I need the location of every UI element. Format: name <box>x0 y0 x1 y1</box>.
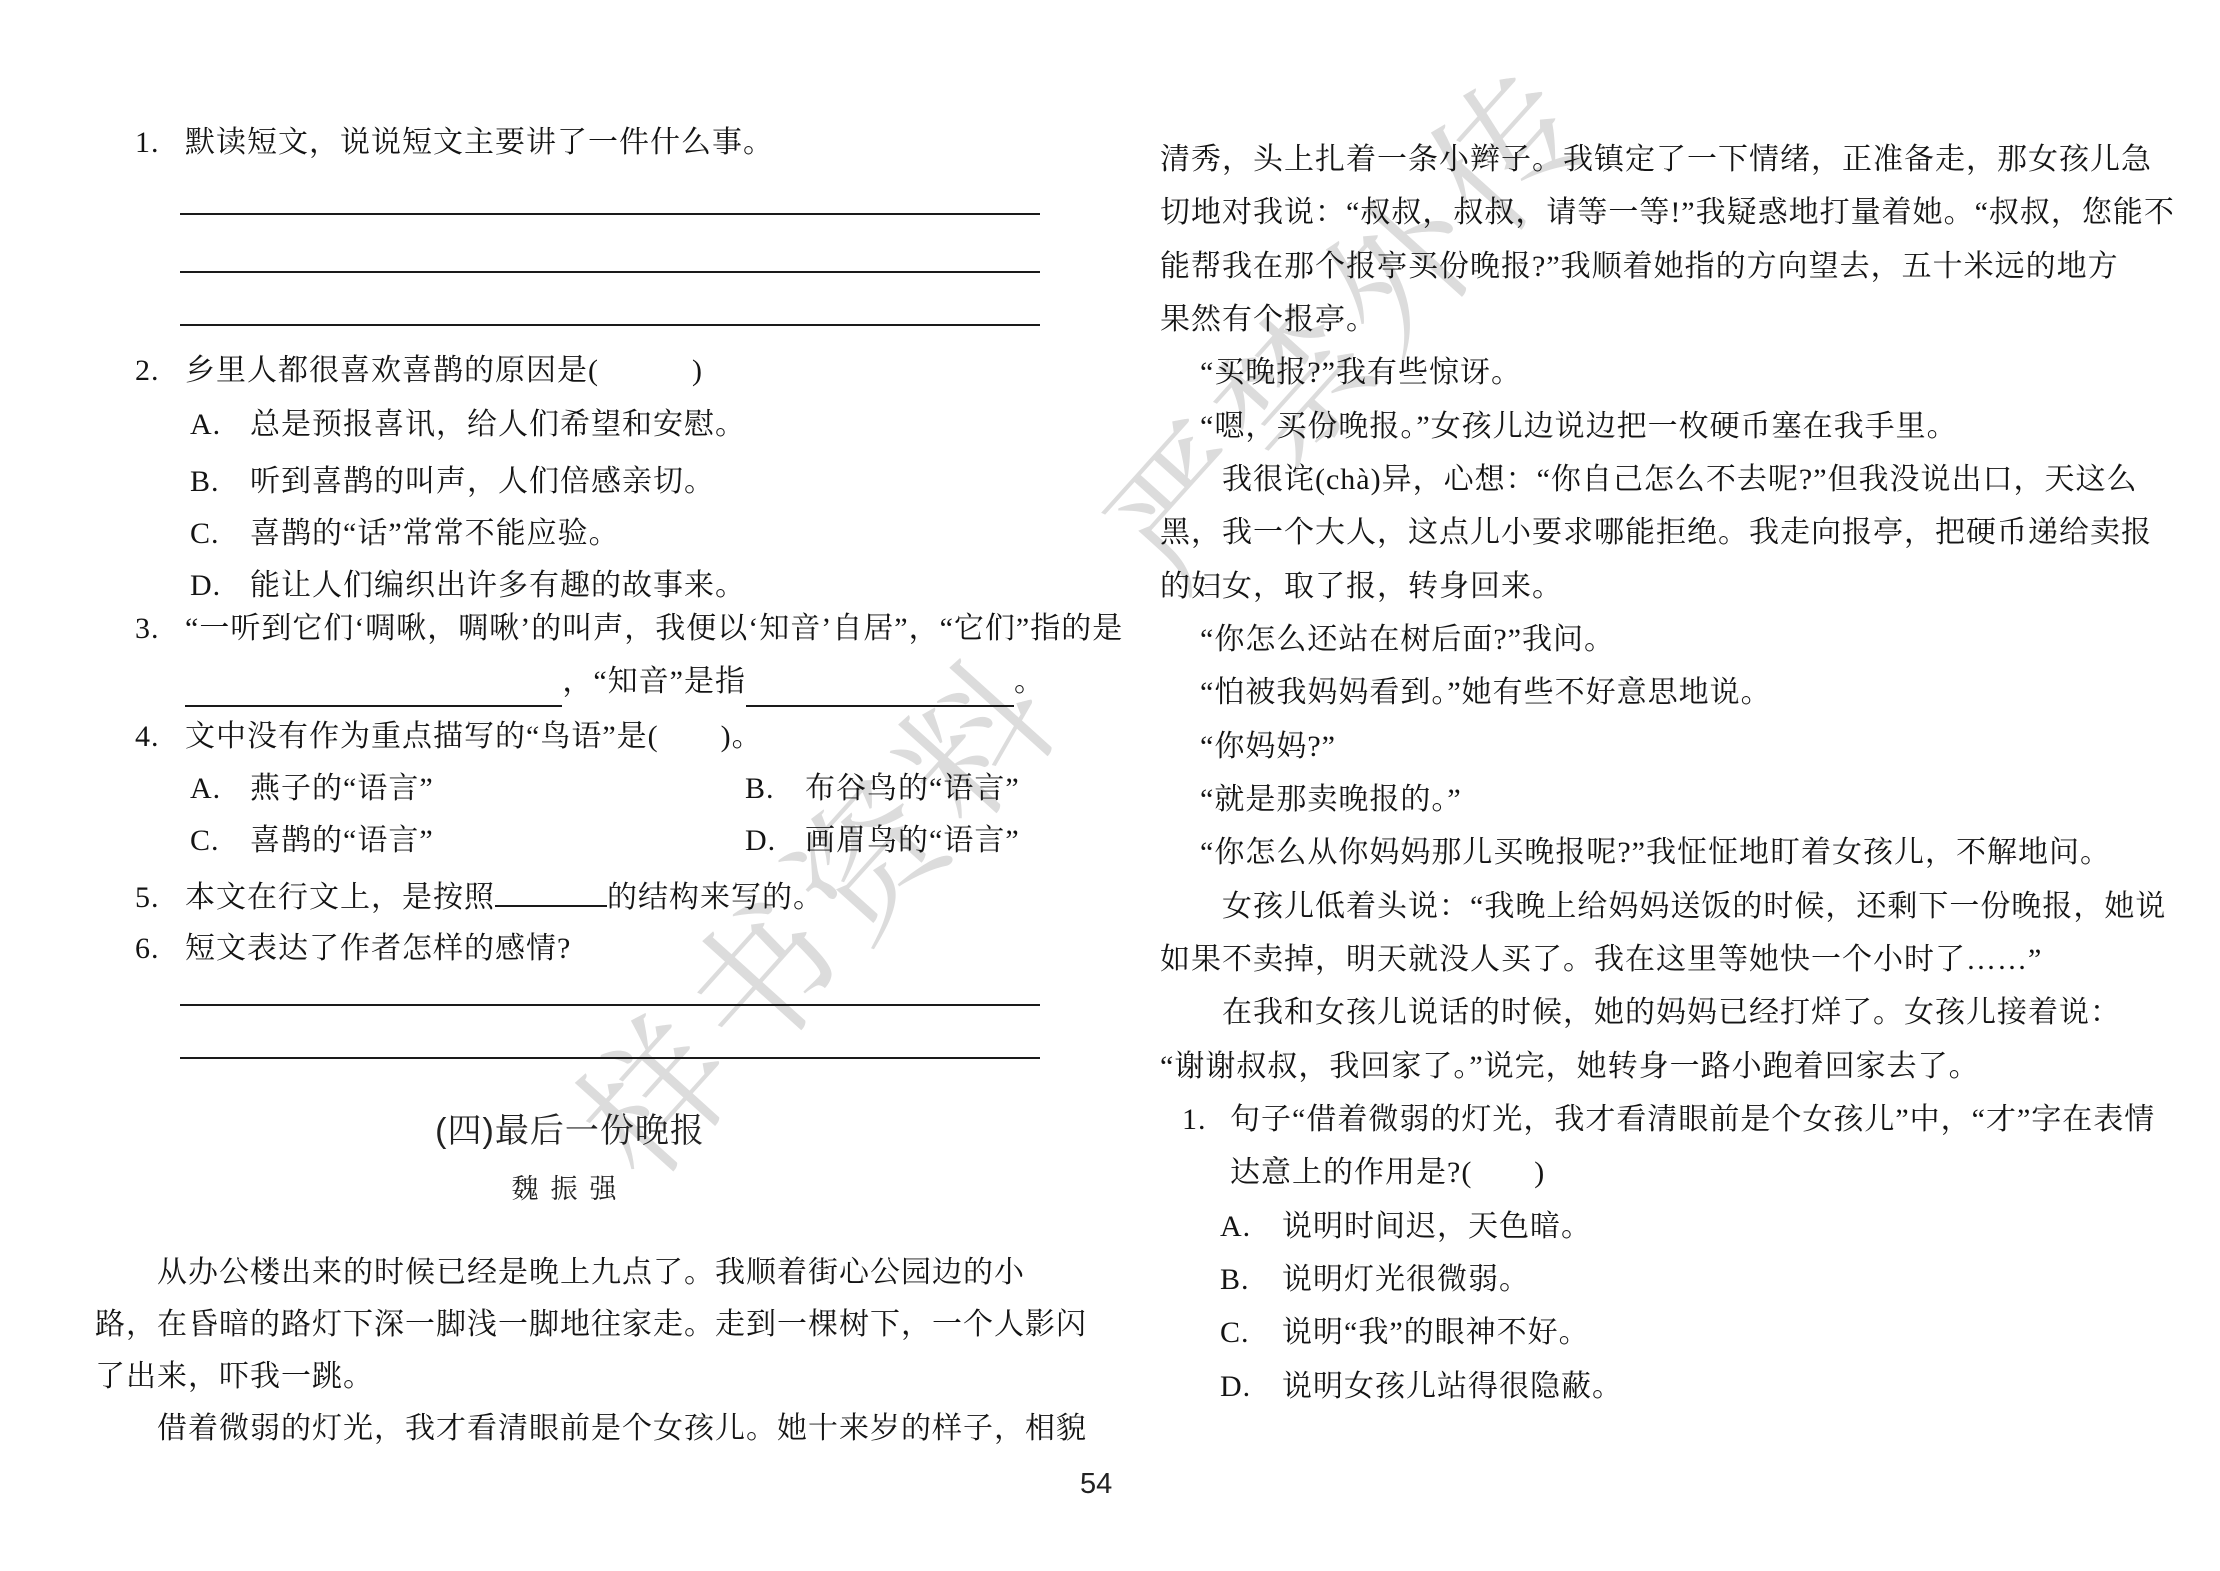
option-text: 布谷鸟的“语言” <box>805 772 1020 805</box>
question-text: 乡里人都很喜欢喜鹊的原因是( ) <box>185 354 703 387</box>
question-row: 3.“一听到它们‘啁啾，啁啾’的叫声，我便以‘知音’自居”，“它们”指的是 <box>95 604 1045 654</box>
option-row: D.说明女孩儿站得很隐蔽。 <box>1160 1362 2145 1412</box>
option-letter: B. <box>190 457 250 507</box>
option-row: A.燕子的“语言” B.布谷鸟的“语言” <box>95 764 1045 814</box>
question-text: 文中没有作为重点描写的“鸟语”是( )。 <box>185 720 763 753</box>
option-letter: B. <box>1220 1255 1282 1305</box>
question-row-with-blanks: ，“知音”是指 。 <box>95 657 1045 707</box>
section-title: (四)最后一份晚报 <box>95 1106 1045 1156</box>
question-number: 6. <box>135 924 185 974</box>
question-row: 2.乡里人都很喜欢喜鹊的原因是( ) <box>95 346 1045 396</box>
option-letter: C. <box>190 509 250 559</box>
answer-blank-line <box>180 223 1040 273</box>
question-row: 4.文中没有作为重点描写的“鸟语”是( )。 <box>95 712 1045 762</box>
question-text: 。 <box>1014 657 1045 707</box>
text-line: 清秀，头上扎着一条小辫子。我镇定了一下情绪，正准备走，那女孩儿急 <box>1160 135 2145 185</box>
option-text: 画眉鸟的“语言” <box>805 824 1020 857</box>
text-line: 在我和女孩儿说话的时候，她的妈妈已经打烊了。女孩儿接着说： <box>1160 988 2207 1038</box>
text-line: 能帮我在那个报亭买份晚报?”我顺着她指的方向望去，五十米远的地方 <box>1160 242 2145 292</box>
text-line: 女孩儿低着头说：“我晚上给妈妈送饭的时候，还剩下一份晚报，她说 <box>1160 882 2207 932</box>
question-text: 句子“借着微弱的灯光，我才看清眼前是个女孩儿”中，“才”字在表情 <box>1230 1103 2155 1136</box>
option-text: 说明时间迟，天色暗。 <box>1282 1210 1592 1243</box>
option-b: B.布谷鸟的“语言” <box>745 764 1020 814</box>
page-number: 54 <box>1080 1468 1112 1501</box>
text-line: 黑，我一个大人，这点儿小要求哪能拒绝。我走向报亭，把硬币递给卖报 <box>1160 508 2145 558</box>
option-text: 说明女孩儿站得很隐蔽。 <box>1282 1370 1623 1403</box>
option-letter: B. <box>745 764 805 814</box>
option-row: A.说明时间迟，天色暗。 <box>1160 1202 2145 1252</box>
option-text: 听到喜鹊的叫声，人们倍感亲切。 <box>250 465 715 498</box>
option-letter: D. <box>745 816 805 866</box>
question-text: 达意上的作用是?( ) <box>1230 1156 1545 1189</box>
text-line: 果然有个报亭。 <box>1160 295 2145 345</box>
text-line: “嗯，买份晚报。”女孩儿边说边把一枚硬币塞在我手里。 <box>1160 402 2185 452</box>
workbook-page: { "watermark": "样书资料 严禁外传", "page_number… <box>0 0 2220 1571</box>
answer-blank-line <box>180 276 1040 326</box>
question-number: 4. <box>135 712 185 762</box>
question-row: 1.句子“借着微弱的灯光，我才看清眼前是个女孩儿”中，“才”字在表情 <box>1160 1095 2145 1145</box>
question-text: ，“知音”是指 <box>562 657 746 707</box>
option-row: B.说明灯光很微弱。 <box>1160 1255 2145 1305</box>
question-text: 默读短文，说说短文主要讲了一件什么事。 <box>185 126 774 159</box>
question-row: 1.默读短文，说说短文主要讲了一件什么事。 <box>95 118 1045 168</box>
question-number: 1. <box>135 118 185 168</box>
text-line: “你妈妈?” <box>1160 722 2185 772</box>
option-letter: D. <box>1220 1362 1282 1412</box>
question-row: 达意上的作用是?( ) <box>1160 1148 2215 1198</box>
option-letter: A. <box>190 400 250 450</box>
text-line: “你怎么从你妈妈那儿买晚报呢?”我怔怔地盯着女孩儿，不解地问。 <box>1160 828 2185 878</box>
text-line: “怕被我妈妈看到。”她有些不好意思地说。 <box>1160 668 2185 718</box>
option-text: 喜鹊的“语言” <box>250 824 434 857</box>
option-row: A.总是预报喜讯，给人们希望和安慰。 <box>95 400 1045 450</box>
text-line: 我很诧(chà)异，心想：“你自己怎么不去呢?”但我没说出口，天这么 <box>1160 455 2207 505</box>
option-text: 总是预报喜讯，给人们希望和安慰。 <box>250 408 746 441</box>
option-row: B.听到喜鹊的叫声，人们倍感亲切。 <box>95 457 1045 507</box>
question-number: 5. <box>135 873 185 923</box>
option-row: C.喜鹊的“语言” D.画眉鸟的“语言” <box>95 816 1045 866</box>
answer-blank-line <box>180 956 1040 1006</box>
option-letter: A. <box>190 764 250 814</box>
question-text: 本文在行文上，是按照 <box>185 881 495 914</box>
answer-blank-line <box>746 665 1014 707</box>
option-text: 燕子的“语言” <box>250 772 434 805</box>
section-author: 魏振强 <box>95 1164 1045 1214</box>
option-d: D.画眉鸟的“语言” <box>745 816 1020 866</box>
question-text: 的结构来写的。 <box>607 881 824 914</box>
text-line: “买晚报?”我有些惊讶。 <box>1160 348 2185 398</box>
text-line: 从办公楼出来的时候已经是晚上九点了。我顺着街心公园边的小 <box>95 1248 1107 1298</box>
question-text: “一听到它们‘啁啾，啁啾’的叫声，我便以‘知音’自居”，“它们”指的是 <box>185 612 1123 645</box>
option-row: C.说明“我”的眼神不好。 <box>1160 1308 2145 1358</box>
question-number: 1. <box>1182 1095 1230 1145</box>
question-row: 5.本文在行文上，是按照的结构来写的。 <box>95 869 1045 919</box>
text-line: 借着微弱的灯光，我才看清眼前是个女孩儿。她十来岁的样子，相貌 <box>95 1404 1107 1454</box>
option-text: 能让人们编织出许多有趣的故事来。 <box>250 569 746 602</box>
option-letter: A. <box>1220 1202 1282 1252</box>
question-number: 2. <box>135 346 185 396</box>
text-line: 如果不卖掉，明天就没人买了。我在这里等她快一个小时了……” <box>1160 935 2145 985</box>
option-letter: C. <box>190 816 250 866</box>
text-line: 的妇女，取了报，转身回来。 <box>1160 562 2145 612</box>
question-number: 3. <box>135 604 185 654</box>
text-line: “就是那卖晚报的。” <box>1160 775 2185 825</box>
text-line: 了出来，吓我一跳。 <box>95 1352 1045 1402</box>
option-text: 说明“我”的眼神不好。 <box>1282 1316 1590 1349</box>
answer-blank-line <box>180 1009 1040 1059</box>
option-row: C.喜鹊的“话”常常不能应验。 <box>95 509 1045 559</box>
option-text: 喜鹊的“话”常常不能应验。 <box>250 517 620 550</box>
option-text: 说明灯光很微弱。 <box>1282 1263 1530 1296</box>
answer-blank-line <box>180 165 1040 215</box>
text-line: 切地对我说：“叔叔，叔叔，请等一等!”我疑惑地打量着她。“叔叔，您能不 <box>1160 188 2145 238</box>
text-line: 路，在昏暗的路灯下深一脚浅一脚地往家走。走到一棵树下，一个人影闪 <box>95 1300 1045 1350</box>
text-line: “谢谢叔叔，我回家了。”说完，她转身一路小跑着回家去了。 <box>1160 1042 2145 1092</box>
option-letter: C. <box>1220 1308 1282 1358</box>
answer-blank-line <box>185 665 562 707</box>
text-line: “你怎么还站在树后面?”我问。 <box>1160 615 2185 665</box>
page-content: 1.默读短文，说说短文主要讲了一件什么事。 2.乡里人都很喜欢喜鹊的原因是( )… <box>0 0 2220 1571</box>
answer-blank-inline <box>495 869 607 907</box>
